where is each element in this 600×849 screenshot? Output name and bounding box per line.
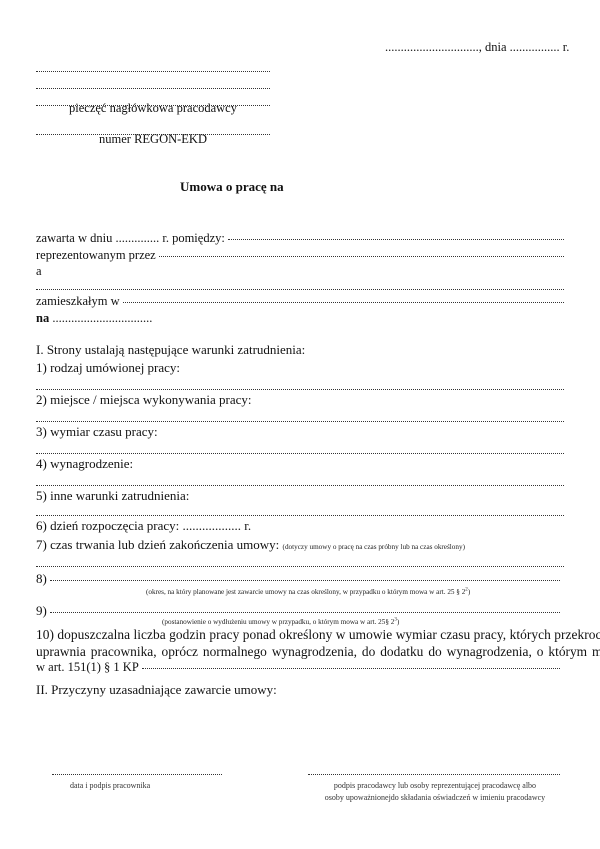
na-label: na bbox=[36, 311, 49, 325]
place-date-line: .............................., dnia ...… bbox=[385, 40, 569, 55]
start-date-field[interactable]: .................. bbox=[183, 518, 242, 533]
date-field[interactable]: ................ bbox=[510, 40, 560, 54]
regon-label: numer REGON-EKD bbox=[36, 132, 270, 147]
employee-name-field[interactable] bbox=[36, 289, 564, 290]
representative-field[interactable] bbox=[159, 256, 564, 257]
contract-type-field[interactable]: ................................ bbox=[52, 311, 152, 325]
item-5-label: 5) inne warunki zatrudnienia: bbox=[36, 488, 189, 504]
section-2-heading: II. Przyczyny uzasadniające zawarcie umo… bbox=[36, 682, 277, 698]
item-3-field[interactable] bbox=[36, 453, 564, 454]
item-5-field[interactable] bbox=[36, 515, 564, 516]
item-7-field[interactable] bbox=[36, 566, 564, 567]
employer-name-field[interactable] bbox=[228, 239, 564, 240]
item-6-line: 6) dzień rozpoczęcia pracy: ............… bbox=[36, 518, 251, 534]
section-1-heading: I. Strony ustalają następujące warunki z… bbox=[36, 342, 305, 358]
employer-stamp-label: pieczęć nagłówkowa pracodawcy bbox=[36, 101, 270, 116]
item-2-label: 2) miejsce / miejsca wykonywania pracy: bbox=[36, 392, 252, 408]
item-8-note-text: (okres, na który planowane jest zawarcie… bbox=[146, 588, 465, 596]
item-9-field[interactable] bbox=[50, 612, 560, 613]
zawarta-line: zawarta w dniu .............. r. pomiędz… bbox=[36, 231, 564, 246]
item-10-line-1: 10) dopuszczalna liczba godzin pracy pon… bbox=[36, 627, 600, 643]
employer-stamp-line-2[interactable] bbox=[36, 88, 270, 89]
item-4-label: 4) wynagrodzenie: bbox=[36, 456, 133, 472]
item-10-field[interactable] bbox=[142, 668, 560, 669]
pomiedzy-label: r. pomiędzy: bbox=[162, 231, 225, 246]
address-field[interactable] bbox=[123, 302, 564, 303]
item-9-line: 9) bbox=[36, 603, 560, 619]
item-9-label: 9) bbox=[36, 603, 47, 619]
employer-stamp-line-1[interactable] bbox=[36, 71, 270, 72]
contract-title: Umowa o pracę na bbox=[180, 179, 284, 195]
item-3-label: 3) wymiar czasu pracy: bbox=[36, 424, 158, 440]
item-7-note: (dotyczy umowy o pracę na czas próbny lu… bbox=[283, 543, 465, 551]
item-8-note: (okres, na który planowane jest zawarcie… bbox=[146, 588, 470, 596]
item-10-line-3: w art. 151(1) § 1 KP bbox=[36, 660, 560, 675]
item-6-label: 6) dzień rozpoczęcia pracy: bbox=[36, 518, 179, 533]
item-8-note-end: ) bbox=[468, 588, 470, 596]
item-7-label: 7) czas trwania lub dzień zakończenia um… bbox=[36, 537, 279, 552]
employer-signature-line[interactable] bbox=[308, 774, 560, 775]
item-9-note: (postanowienie o wydłużeniu umowy w przy… bbox=[162, 618, 399, 626]
employer-signature-label-1: podpis pracodawcy lub osoby reprezentują… bbox=[300, 781, 570, 790]
dnia-label: , dnia bbox=[479, 40, 507, 54]
item-1-field[interactable] bbox=[36, 389, 564, 390]
contract-date-field[interactable]: .............. bbox=[115, 231, 159, 246]
employee-signature-line[interactable] bbox=[52, 774, 222, 775]
item-8-line: 8) bbox=[36, 571, 560, 587]
item-7-line: 7) czas trwania lub dzień zakończenia um… bbox=[36, 537, 465, 553]
item-4-field[interactable] bbox=[36, 485, 564, 486]
a-label: a bbox=[36, 264, 42, 279]
item-8-field[interactable] bbox=[50, 580, 560, 581]
item-10-line-3-text: w art. 151(1) § 1 KP bbox=[36, 660, 139, 675]
year-suffix: r. bbox=[563, 40, 570, 54]
zawarta-label: zawarta w dniu bbox=[36, 231, 112, 246]
item-1-label: 1) rodzaj umówionej pracy: bbox=[36, 360, 180, 376]
zamieszkalym-line: zamieszkałym w bbox=[36, 294, 564, 309]
employee-signature-label: data i podpis pracownika bbox=[70, 781, 150, 790]
employer-signature-label-2: osoby upoważnionejdo składania oświadcze… bbox=[300, 793, 570, 802]
item-10-line-2: uprawnia pracownika, oprócz normalnego w… bbox=[36, 644, 600, 660]
na-line: na ................................ bbox=[36, 311, 152, 326]
reprezentowanym-line: reprezentowanym przez bbox=[36, 248, 564, 263]
item-9-note-text: (postanowienie o wydłużeniu umowy w przy… bbox=[162, 618, 394, 626]
reprezentowanym-label: reprezentowanym przez bbox=[36, 248, 156, 263]
item-9-note-end: ) bbox=[397, 618, 399, 626]
item-6-suffix: r. bbox=[244, 518, 251, 533]
item-2-field[interactable] bbox=[36, 421, 564, 422]
place-field[interactable]: .............................. bbox=[385, 40, 479, 54]
item-8-label: 8) bbox=[36, 571, 47, 587]
zamieszkalym-label: zamieszkałym w bbox=[36, 294, 120, 309]
